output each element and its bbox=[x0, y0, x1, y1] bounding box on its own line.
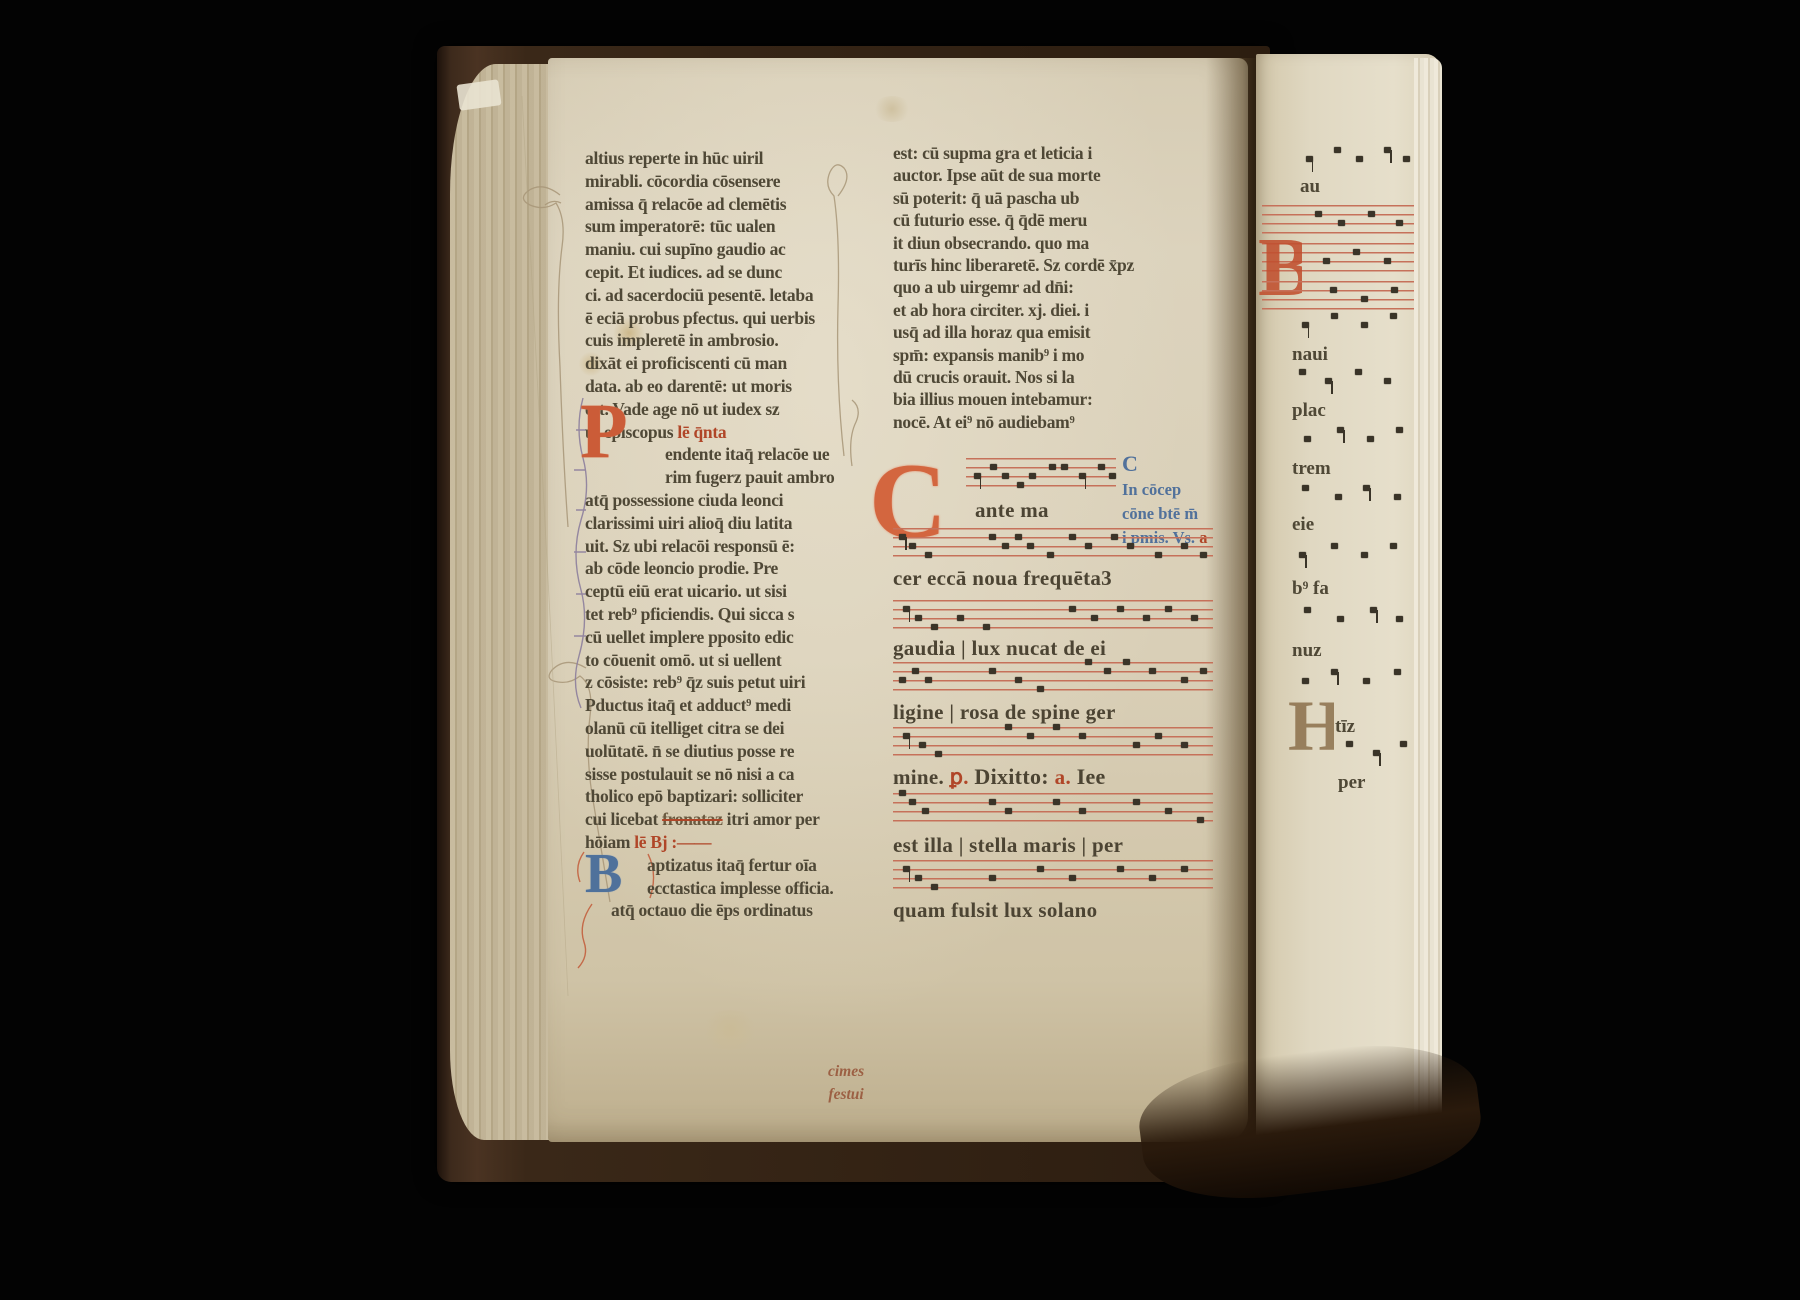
neume-note bbox=[1037, 686, 1044, 692]
text-line: dū crucis orauit. Nos si la bbox=[893, 367, 1215, 389]
text-segment: sum imperatorē: tūc ualen bbox=[585, 216, 775, 236]
text-segment: atq̄ octauo die ēps ordinatus bbox=[611, 900, 813, 920]
neume-note bbox=[931, 884, 938, 890]
lyric-line: quam fulsit lux solano bbox=[893, 898, 1097, 923]
text-segment: Dixitto: bbox=[974, 764, 1054, 789]
catchword-line1: cimes bbox=[828, 1060, 864, 1083]
neume-note bbox=[1123, 659, 1130, 665]
text-line: bia illius mouen intebamur: bbox=[893, 389, 1215, 411]
neume-note bbox=[903, 606, 910, 612]
neume-note bbox=[1299, 369, 1306, 375]
lyric-line: ligine | rosa de spine ger bbox=[893, 700, 1116, 725]
neume-note bbox=[1085, 659, 1092, 665]
neume-note bbox=[899, 534, 906, 540]
neume-note bbox=[1098, 464, 1105, 470]
text-line: est: cū supma gra et leticia i bbox=[893, 143, 1215, 165]
neume-note bbox=[1396, 220, 1403, 226]
neume-note bbox=[1335, 494, 1342, 500]
neume-note bbox=[1037, 866, 1044, 872]
text-segment: endente itaq̄ relacōe ue bbox=[665, 444, 829, 464]
neume-note bbox=[899, 790, 906, 796]
lyric-line: mine. ꝑ. Dixitto: a. Iee bbox=[893, 764, 1106, 790]
neume-note bbox=[1053, 724, 1060, 730]
music-staff bbox=[1290, 610, 1408, 639]
neume-note bbox=[1394, 494, 1401, 500]
text-line: uit. Sz ubi relacōi responsū ē: bbox=[585, 536, 853, 559]
lyric-line: est illa | stella maris | per bbox=[893, 833, 1123, 858]
neume-note bbox=[1361, 296, 1368, 302]
note-stem bbox=[1085, 476, 1087, 489]
text-segment: maniu. cui supīno gaudio ac bbox=[585, 239, 786, 259]
neume-note bbox=[1143, 615, 1150, 621]
note-stem bbox=[909, 609, 911, 622]
note-stem bbox=[1376, 610, 1378, 623]
neume-note bbox=[1384, 258, 1391, 264]
neume-note bbox=[990, 464, 997, 470]
text-line: Pductus itaq̄ et adduct⁹ medi bbox=[585, 695, 853, 718]
text-segment: cuis impleretē in ambrosio. bbox=[585, 330, 778, 350]
note-stem bbox=[1337, 672, 1339, 685]
fragment-initial-brown: H bbox=[1288, 694, 1334, 759]
text-line: hōiam lē Bj :—— bbox=[585, 832, 853, 855]
text-segment: ci. ad sacerdociū pesentē. letaba bbox=[585, 285, 813, 305]
neume-note bbox=[1331, 669, 1338, 675]
neume-note bbox=[1330, 287, 1337, 293]
text-line: dixāt ei proficiscenti cū man bbox=[585, 353, 853, 376]
note-stem bbox=[980, 476, 982, 489]
text-line: ecctastica implesse officia. bbox=[585, 878, 853, 901]
neume-note bbox=[1127, 543, 1134, 549]
lyric-line: cer eccā noua frequēta3 bbox=[893, 566, 1112, 591]
initial-p-red: P bbox=[580, 392, 628, 470]
neume-note bbox=[899, 677, 906, 683]
neume-note bbox=[1331, 313, 1338, 319]
blue-paraph-icon: C bbox=[1122, 451, 1138, 476]
text-segment: mirabli. cōcordia cōsensere bbox=[585, 171, 780, 191]
neume-note bbox=[915, 615, 922, 621]
neume-note bbox=[919, 742, 926, 748]
neume-note bbox=[983, 624, 990, 630]
neume-note bbox=[1361, 552, 1368, 558]
text-line: atq̄ possessione ciuda leonci bbox=[585, 490, 853, 513]
neume-note bbox=[1191, 615, 1198, 621]
neume-note bbox=[1069, 534, 1076, 540]
text-segment: bia illius mouen intebamur: bbox=[893, 389, 1093, 409]
neume-note bbox=[1015, 534, 1022, 540]
neume-note bbox=[1368, 211, 1375, 217]
text-line: tet reb⁹ pficiendis. Qui sicca s bbox=[585, 604, 853, 627]
text-line: to cōuenit omō. ut si uellent bbox=[585, 650, 853, 673]
neume-note bbox=[1069, 606, 1076, 612]
neume-note bbox=[1363, 485, 1370, 491]
text-line: maniu. cui supīno gaudio ac bbox=[585, 239, 853, 262]
neume-note bbox=[903, 733, 910, 739]
neume-note bbox=[935, 751, 942, 757]
neume-note bbox=[1325, 378, 1332, 384]
neume-note bbox=[1403, 156, 1410, 162]
text-line: sū poterit: q̄ uā pascha ub bbox=[893, 188, 1215, 210]
neume-note bbox=[1384, 147, 1391, 153]
text-segment: amissa q̄ relacōe ad clemētis bbox=[585, 194, 786, 214]
neume-note bbox=[1304, 436, 1311, 442]
catchword: cimes festui bbox=[828, 1060, 864, 1106]
text-line: sum imperatorē: tūc ualen bbox=[585, 216, 853, 239]
text-segment: itri amor per bbox=[723, 809, 820, 829]
neume-note bbox=[1338, 220, 1345, 226]
music-staff bbox=[893, 662, 1213, 691]
text-segment: quam fulsit lux solano bbox=[893, 898, 1097, 922]
neume-note bbox=[989, 875, 996, 881]
neume-note bbox=[1200, 552, 1207, 558]
neume-note bbox=[1155, 552, 1162, 558]
neume-note bbox=[1400, 741, 1407, 747]
neume-note bbox=[1355, 369, 1362, 375]
note-stem bbox=[1312, 159, 1314, 172]
text-segment: auctor. Ipse aūt de sua morte bbox=[893, 165, 1100, 185]
lyric-line: ante ma bbox=[975, 498, 1049, 523]
neume-note bbox=[903, 866, 910, 872]
neume-note bbox=[1111, 534, 1118, 540]
text-segment: usq̄ ad illa horaz qua emisit bbox=[893, 322, 1090, 342]
music-staff bbox=[1290, 430, 1408, 459]
text-segment: fronataz bbox=[662, 809, 722, 829]
neume-note bbox=[925, 677, 932, 683]
text-segment: dixāt ei proficiscenti cū man bbox=[585, 353, 787, 373]
neume-note bbox=[1346, 741, 1353, 747]
text-segment: uolūtatē. n̄ se diutius posse re bbox=[585, 741, 794, 761]
neume-note bbox=[1069, 875, 1076, 881]
text-segment: olanū cū itelliget citra se dei bbox=[585, 718, 784, 738]
text-segment: Iee bbox=[1077, 764, 1106, 789]
text-segment: et ab hora circiter. xj. diei. i bbox=[893, 300, 1089, 320]
text-segment: spm̄: expansis manib⁹ i mo bbox=[893, 345, 1084, 365]
neume-note bbox=[1315, 211, 1322, 217]
text-segment: tet reb⁹ pficiendis. Qui sicca s bbox=[585, 604, 794, 624]
music-staff bbox=[1290, 316, 1408, 345]
note-stem bbox=[905, 537, 907, 550]
note-stem bbox=[1308, 325, 1310, 338]
fragment-text: plac bbox=[1292, 400, 1326, 422]
neume-note bbox=[1149, 668, 1156, 674]
text-line: sisse postulauit se nō nisi a ca bbox=[585, 764, 853, 787]
text-column-right: est: cū supma gra et leticia iauctor. Ip… bbox=[893, 143, 1215, 434]
text-line: tholico epō baptizari: solliciter bbox=[585, 786, 853, 809]
text-segment: quo a ub uirgemr ad dn̄i: bbox=[893, 277, 1074, 297]
music-staff bbox=[1290, 546, 1408, 575]
neume-note bbox=[1117, 866, 1124, 872]
neume-note bbox=[957, 615, 964, 621]
neume-note bbox=[1302, 322, 1309, 328]
text-column-left: altius reperte in hūc uirilmirabli. cōco… bbox=[585, 148, 853, 923]
neume-note bbox=[1005, 724, 1012, 730]
text-segment: ē eciā probus pfectus. qui uerbis bbox=[585, 308, 815, 328]
neume-note bbox=[1197, 817, 1204, 823]
text-line: ē eciā probus pfectus. qui uerbis bbox=[585, 308, 853, 331]
neume-note bbox=[1091, 615, 1098, 621]
neume-note bbox=[1323, 258, 1330, 264]
neume-note bbox=[922, 808, 929, 814]
neume-note bbox=[1002, 543, 1009, 549]
fragment-text: trem bbox=[1292, 458, 1331, 480]
neume-note bbox=[1331, 543, 1338, 549]
neume-note bbox=[1363, 678, 1370, 684]
neume-note bbox=[1391, 287, 1398, 293]
neume-note bbox=[1133, 799, 1140, 805]
catchword-line2: festui bbox=[828, 1083, 864, 1106]
text-line: et ab hora circiter. xj. diei. i bbox=[893, 300, 1215, 322]
neume-note bbox=[1394, 669, 1401, 675]
text-segment: sū poterit: q̄ uā pascha ub bbox=[893, 188, 1079, 208]
neume-note bbox=[1390, 543, 1397, 549]
neume-note bbox=[909, 543, 916, 549]
neume-note bbox=[1390, 313, 1397, 319]
text-segment: cer eccā noua frequēta3 bbox=[893, 566, 1112, 590]
text-line: quo a ub uirgemr ad dn̄i: bbox=[893, 277, 1215, 299]
neume-note bbox=[1053, 799, 1060, 805]
neume-note bbox=[989, 668, 996, 674]
right-page-fore-edge bbox=[1414, 58, 1442, 1136]
text-line: ab cōde leoncio prodie. Pre bbox=[585, 558, 853, 581]
text-line: cepit. Et iudices. ad se dunc bbox=[585, 262, 853, 285]
text-segment: cui licebat bbox=[585, 809, 662, 829]
neume-note bbox=[1002, 473, 1009, 479]
text-line: olanū cū itelliget citra se dei bbox=[585, 718, 853, 741]
music-staff bbox=[893, 793, 1213, 822]
text-segment: ecctastica implesse officia. bbox=[647, 878, 833, 898]
neume-note bbox=[1027, 543, 1034, 549]
note-stem bbox=[1369, 488, 1371, 501]
note-stem bbox=[1379, 753, 1381, 766]
neume-note bbox=[1104, 668, 1111, 674]
neume-note bbox=[1079, 808, 1086, 814]
neume-note bbox=[1302, 485, 1309, 491]
neume-note bbox=[1396, 616, 1403, 622]
fragment-text: b⁹ fa bbox=[1292, 578, 1329, 600]
text-segment: mine. bbox=[893, 765, 950, 789]
text-segment: it diun obsecrando. quo ma bbox=[893, 233, 1089, 253]
text-segment: est: cū supma gra et leticia i bbox=[893, 143, 1092, 163]
neume-note bbox=[989, 799, 996, 805]
neume-note bbox=[1306, 156, 1313, 162]
music-staff bbox=[1290, 488, 1408, 517]
fragment-text: au bbox=[1300, 176, 1320, 198]
text-segment: ab cōde leoncio prodie. Pre bbox=[585, 558, 778, 578]
neume-note bbox=[1079, 733, 1086, 739]
text-segment: dū crucis orauit. Nos si la bbox=[893, 367, 1075, 387]
neume-note bbox=[1061, 464, 1068, 470]
text-line: cū uellet implere pposito edic bbox=[585, 627, 853, 650]
text-segment: est illa | stella maris | per bbox=[893, 833, 1123, 857]
text-line: ci. ad sacerdociū pesentē. letaba bbox=[585, 285, 853, 308]
neume-note bbox=[1079, 473, 1086, 479]
text-segment: ꝑ. bbox=[950, 765, 975, 789]
neume-note bbox=[1396, 427, 1403, 433]
neume-note bbox=[1367, 436, 1374, 442]
neume-note bbox=[1085, 543, 1092, 549]
note-stem bbox=[909, 869, 911, 882]
text-segment: lē q̄nta bbox=[677, 422, 726, 442]
neume-note bbox=[1337, 616, 1344, 622]
neume-note bbox=[1029, 473, 1036, 479]
note-stem bbox=[1390, 150, 1392, 163]
music-staff bbox=[893, 727, 1213, 756]
neume-note bbox=[909, 799, 916, 805]
neume-note bbox=[974, 473, 981, 479]
fragment-text: eie bbox=[1292, 514, 1314, 536]
text-segment: rim fugerz pauit ambro bbox=[665, 467, 835, 487]
text-segment: ante ma bbox=[975, 498, 1049, 522]
neume-note bbox=[1047, 552, 1054, 558]
text-segment: ligine | rosa de spine ger bbox=[893, 700, 1116, 724]
neume-note bbox=[1117, 606, 1124, 612]
neume-note bbox=[1165, 606, 1172, 612]
text-segment: tholico epō baptizari: solliciter bbox=[585, 786, 803, 806]
text-line: turīs hinc liberaretē. Sz cordē x̄pz bbox=[893, 255, 1215, 277]
text-line: auctor. Ipse aūt de sua morte bbox=[893, 165, 1215, 187]
text-segment: ceptū eiū erat uicario. ut sisi bbox=[585, 581, 787, 601]
neume-note bbox=[1302, 678, 1309, 684]
neume-note bbox=[1015, 677, 1022, 683]
text-segment: altius reperte in hūc uiril bbox=[585, 148, 763, 168]
text-segment: a. bbox=[1055, 765, 1077, 789]
neume-note bbox=[1005, 808, 1012, 814]
neume-note bbox=[1373, 750, 1380, 756]
neume-note bbox=[1049, 464, 1056, 470]
neume-note bbox=[1165, 808, 1172, 814]
music-staff bbox=[893, 860, 1213, 889]
text-segment: cū uellet implere pposito edic bbox=[585, 627, 793, 647]
music-staff bbox=[893, 600, 1213, 629]
music-staff bbox=[893, 528, 1213, 557]
neume-note bbox=[1017, 482, 1024, 488]
text-line: nocē. At ei⁹ nō audiebam⁹ bbox=[893, 412, 1215, 434]
note-stem bbox=[1331, 381, 1333, 394]
text-segment: cū futurio esse. q̄ q̄dē meru bbox=[893, 210, 1087, 230]
neume-note bbox=[1384, 378, 1391, 384]
neume-note bbox=[1200, 668, 1207, 674]
rubric-line: cōne btē m̄ bbox=[1122, 502, 1214, 526]
text-line: altius reperte in hūc uiril bbox=[585, 148, 853, 171]
text-line: cū futurio esse. q̄ q̄dē meru bbox=[893, 210, 1215, 232]
neume-note bbox=[915, 875, 922, 881]
neume-note bbox=[1181, 677, 1188, 683]
text-line: amissa q̄ relacōe ad clemētis bbox=[585, 194, 853, 217]
manuscript-photo: altius reperte in hūc uirilmirabli. cōco… bbox=[0, 0, 1800, 1300]
text-segment: nocē. At ei⁹ nō audiebam⁹ bbox=[893, 412, 1074, 432]
neume-note bbox=[1149, 875, 1156, 881]
neume-note bbox=[1155, 733, 1162, 739]
neume-note bbox=[989, 534, 996, 540]
neume-note bbox=[1361, 322, 1368, 328]
neume-note bbox=[1181, 543, 1188, 549]
neume-note bbox=[1181, 866, 1188, 872]
music-staff bbox=[1335, 744, 1411, 773]
music-staff bbox=[1300, 150, 1412, 179]
fragment-text: tīz bbox=[1335, 716, 1355, 738]
text-line: cui licebat fronataz itri amor per bbox=[585, 809, 853, 832]
text-line: usq̄ ad illa horaz qua emisit bbox=[893, 322, 1215, 344]
neume-note bbox=[1334, 147, 1341, 153]
neume-note bbox=[925, 552, 932, 558]
neume-note bbox=[1181, 742, 1188, 748]
neume-note bbox=[1109, 473, 1116, 479]
neume-note bbox=[1304, 607, 1311, 613]
music-staff bbox=[1262, 281, 1414, 310]
text-segment: cepit. Et iudices. ad se dunc bbox=[585, 262, 782, 282]
neume-note bbox=[1133, 742, 1140, 748]
text-segment: uit. Sz ubi relacōi responsū ē: bbox=[585, 536, 795, 556]
neume-note bbox=[1370, 607, 1377, 613]
text-line: aptizatus itaq̄ fertur oīa bbox=[585, 855, 853, 878]
text-line: atq̄ octauo die ēps ordinatus bbox=[585, 900, 853, 923]
fragment-text: nuz bbox=[1292, 640, 1322, 662]
text-segment: turīs hinc liberaretē. Sz cordē x̄pz bbox=[893, 255, 1134, 275]
text-segment: lē Bj :—— bbox=[634, 832, 711, 852]
neume-note bbox=[1299, 552, 1306, 558]
fragment-text: naui bbox=[1292, 344, 1328, 366]
neume-note bbox=[912, 668, 919, 674]
neume-note bbox=[1356, 156, 1363, 162]
note-stem bbox=[1343, 430, 1345, 443]
text-segment: gaudia | lux nucat de ei bbox=[893, 636, 1106, 660]
text-segment: aptizatus itaq̄ fertur oīa bbox=[647, 855, 817, 875]
text-segment: to cōuenit omō. ut si uellent bbox=[585, 650, 781, 670]
text-line: ceptū eiū erat uicario. ut sisi bbox=[585, 581, 853, 604]
neume-note bbox=[1353, 249, 1360, 255]
neume-note bbox=[1337, 427, 1344, 433]
text-line: uolūtatē. n̄ se diutius posse re bbox=[585, 741, 853, 764]
text-segment: sisse postulauit se nō nisi a ca bbox=[585, 764, 794, 784]
initial-b-blue: B bbox=[585, 846, 622, 902]
text-line: cuis impleretē in ambrosio. bbox=[585, 330, 853, 353]
note-stem bbox=[1305, 555, 1307, 568]
text-segment: atq̄ possessione ciuda leonci bbox=[585, 490, 783, 510]
text-line: spm̄: expansis manib⁹ i mo bbox=[893, 345, 1215, 367]
text-line: it diun obsecrando. quo ma bbox=[893, 233, 1215, 255]
text-segment: clarissimi uiri alioq̄ diu latita bbox=[585, 513, 792, 533]
text-segment: Pductus itaq̄ et adduct⁹ medi bbox=[585, 695, 791, 715]
text-segment: z cōsiste: reb⁹ q̄z suis petut uiri bbox=[585, 672, 805, 692]
music-staff bbox=[1290, 372, 1408, 401]
neume-note bbox=[931, 624, 938, 630]
text-line: mirabli. cōcordia cōsensere bbox=[585, 171, 853, 194]
neume-note bbox=[1027, 733, 1034, 739]
text-line: z cōsiste: reb⁹ q̄z suis petut uiri bbox=[585, 672, 853, 695]
fragment-text: per bbox=[1338, 772, 1365, 794]
lyric-line: gaudia | lux nucat de ei bbox=[893, 636, 1106, 661]
rubric-line: In cōcep bbox=[1122, 478, 1214, 502]
text-line: clarissimi uiri alioq̄ diu latita bbox=[585, 513, 853, 536]
music-staff bbox=[966, 458, 1116, 487]
note-stem bbox=[909, 736, 911, 749]
